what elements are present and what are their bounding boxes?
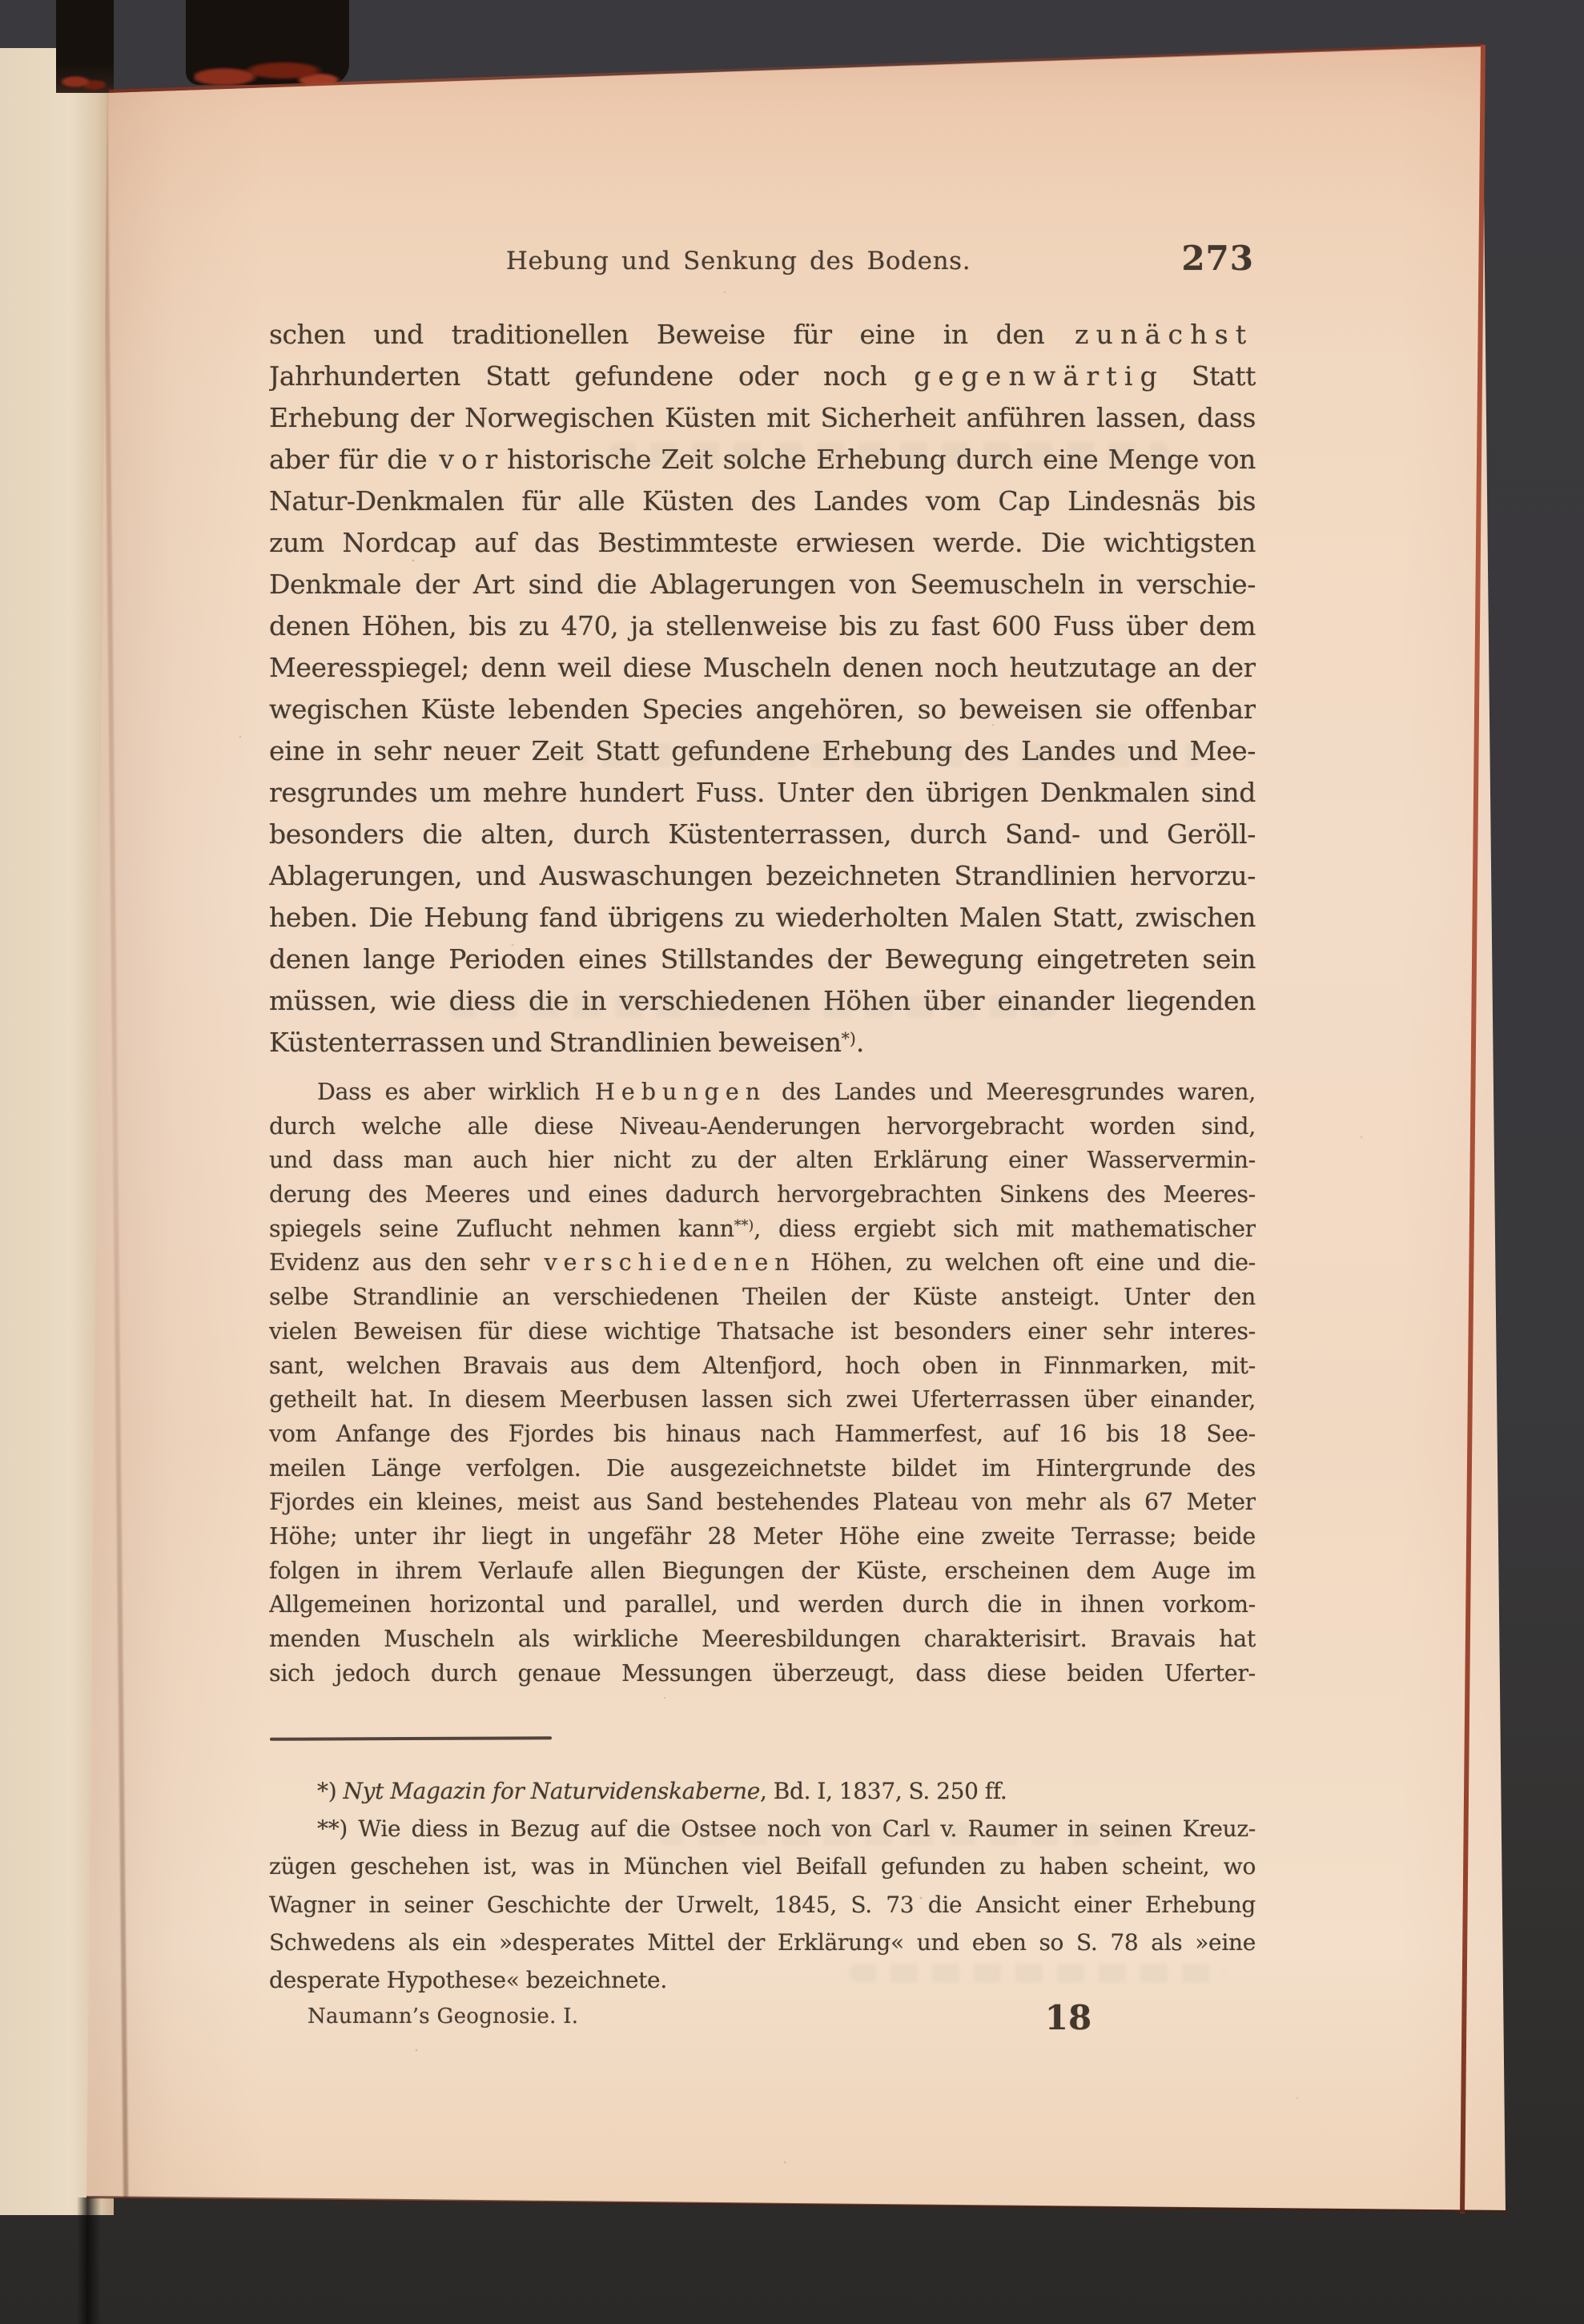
- text-segment: sich jedoch durch genaue Messungen überz…: [269, 1660, 1256, 1687]
- text-segment: Jahrhunderten Statt gefundene oder noch: [269, 360, 912, 392]
- paragraph-petit: Dass es aber wirklich Hebungen des Lande…: [269, 1076, 1256, 1691]
- printed-text-layer: Hebung und Senkung des Bodens. 273 schen…: [0, 0, 1584, 2324]
- footnote-rule: [270, 1736, 552, 1741]
- text-segment: Dass es aber wirklich: [317, 1079, 593, 1105]
- paragraph-main: schen und traditionellen Beweise für ein…: [269, 314, 1256, 1063]
- text-segment: Natur-Denkmalen für alle Küsten des Land…: [269, 485, 1256, 517]
- text-line: Erhebung der Norwegischen Küsten mit Sic…: [269, 397, 1256, 439]
- text-segment: vom Anfange des Fjordes bis hinaus nach …: [269, 1421, 1256, 1447]
- text-segment: historische Zeit solche Erhebung durch e…: [507, 444, 1256, 475]
- text-segment: verschiedenen: [542, 1249, 797, 1276]
- text-segment: Höhe; unter ihr liegt in ungefähr 28 Met…: [269, 1523, 1256, 1550]
- text-segment: Höhen, zu welchen oft eine und die-: [798, 1249, 1256, 1276]
- text-segment: *): [842, 1029, 856, 1048]
- text-segment: eine in sehr neuer Zeit Statt gefundene …: [269, 735, 1256, 766]
- text-segment: heben. Die Hebung fand übrigens zu wiede…: [269, 902, 1256, 933]
- text-segment: Meeresspiegel; denn weil diese Muscheln …: [269, 652, 1256, 689]
- footer-imprint: Naumann’s Geognosie. I.: [308, 2004, 578, 2028]
- text-segment: Schwedens als ein »desperates Mittel der…: [269, 1929, 1256, 1956]
- text-line: wegischen Küste lebenden Species angehör…: [269, 689, 1256, 730]
- text-segment: Denkmale der Art sind die Ablagerungen v…: [269, 569, 1256, 600]
- text-segment: denen lange Perioden eines Stillstandes …: [269, 943, 1256, 975]
- text-segment: und dass man auch hier nicht zu der alte…: [269, 1147, 1256, 1173]
- text-segment: zügen geschehen ist, was in München viel…: [269, 1853, 1256, 1880]
- text-segment: selbe Strandlinie an verschiedenen Theil…: [269, 1284, 1256, 1310]
- text-line: *) Nyt Magazin for Naturvidenskaberne, B…: [269, 1772, 1256, 1810]
- text-segment: folgen in ihrem Verlaufe allen Biegungen…: [269, 1558, 1256, 1584]
- text-line: Jahrhunderten Statt gefundene oder noch …: [269, 356, 1256, 397]
- text-segment: Küstenterrassen und Strandlinien beweise…: [269, 1027, 842, 1058]
- text-line: menden Muscheln als wirkliche Meeresbild…: [269, 1622, 1256, 1657]
- text-line: heben. Die Hebung fand übrigens zu wiede…: [269, 897, 1256, 939]
- text-line: Höhe; unter ihr liegt in ungefähr 28 Met…: [269, 1520, 1256, 1554]
- text-line: und dass man auch hier nicht zu der alte…: [269, 1144, 1256, 1178]
- text-line: Evidenz aus den sehr verschiedenen Höhen…: [269, 1246, 1256, 1281]
- text-line: Ablagerungen, und Auswaschungen bezeichn…: [269, 855, 1256, 897]
- text-line: durch welche alle diese Niveau-Aenderung…: [269, 1110, 1256, 1144]
- text-segment: denen Höhen, bis zu 470, ja stellenweise…: [269, 610, 1256, 641]
- text-segment: Fjordes ein kleines, meist aus Sand best…: [269, 1489, 1256, 1515]
- text-line: spiegels seine Zuflucht nehmen kann**), …: [269, 1212, 1256, 1247]
- text-line: Dass es aber wirklich Hebungen des Lande…: [269, 1076, 1256, 1110]
- text-segment: Allgemeinen horizontal und parallel, und…: [269, 1591, 1256, 1618]
- text-segment: resgrundes um mehre hundert Fuss. Unter …: [269, 777, 1256, 808]
- text-line: **) Wie diess in Bezug auf die Ostsee no…: [269, 1810, 1256, 1848]
- text-line: denen lange Perioden eines Stillstandes …: [269, 939, 1256, 980]
- text-segment: des Landes und Meeresgrundes waren,: [768, 1079, 1256, 1105]
- text-line: Fjordes ein kleines, meist aus Sand best…: [269, 1486, 1256, 1520]
- text-line: vom Anfange des Fjordes bis hinaus nach …: [269, 1417, 1256, 1452]
- scanned-book-photo: Hebung und Senkung des Bodens. 273 schen…: [0, 0, 1584, 2324]
- text-segment: Ablagerungen, und Auswaschungen bezeichn…: [269, 860, 1256, 891]
- text-line: Allgemeinen horizontal und parallel, und…: [269, 1588, 1256, 1622]
- text-segment: spiegels seine Zuflucht nehmen kann: [269, 1216, 734, 1242]
- text-line: sant, welchen Bravais aus dem Altenfjord…: [269, 1349, 1256, 1384]
- text-segment: menden Muscheln als wirkliche Meeresbild…: [269, 1626, 1256, 1652]
- text-segment: Nyt Magazin for Naturvidenskaberne: [343, 1778, 760, 1804]
- text-segment: meilen Länge verfolgen. Die ausgezeichne…: [269, 1455, 1256, 1482]
- text-segment: durch welche alle diese Niveau-Aenderung…: [269, 1113, 1256, 1140]
- text-segment: derung des Meeres und eines dadurch herv…: [269, 1181, 1256, 1208]
- sheet-signature: 18: [1036, 1998, 1100, 2037]
- text-segment: aber für die: [269, 444, 437, 475]
- text-line: Wagner in seiner Geschichte der Urwelt, …: [269, 1886, 1256, 1924]
- text-line: resgrundes um mehre hundert Fuss. Unter …: [269, 772, 1256, 814]
- text-segment: Wagner in seiner Geschichte der Urwelt, …: [269, 1892, 1256, 1918]
- text-segment: zunächst: [1072, 319, 1256, 350]
- text-segment: , diess ergiebt sich mit mathematischer: [754, 1216, 1256, 1242]
- text-line: meilen Länge verfolgen. Die ausgezeichne…: [269, 1452, 1256, 1486]
- text-line: Schwedens als ein »desperates Mittel der…: [269, 1924, 1256, 1961]
- text-segment: sant, welchen Bravais aus dem Altenfjord…: [269, 1353, 1256, 1379]
- text-line: aber für die vorhistorische Zeit solche …: [269, 439, 1256, 480]
- text-line: folgen in ihrem Verlaufe allen Biegungen…: [269, 1554, 1256, 1589]
- text-segment: gegenwärtig: [912, 360, 1167, 392]
- text-line: zum Nordcap auf das Bestimmteste erwiese…: [269, 522, 1256, 564]
- text-line: sich jedoch durch genaue Messungen überz…: [269, 1657, 1256, 1691]
- running-header: Hebung und Senkung des Bodens. 273: [269, 243, 1256, 288]
- text-line: schen und traditionellen Beweise für ein…: [269, 314, 1256, 356]
- text-line: denen Höhen, bis zu 470, ja stellenweise…: [269, 605, 1256, 647]
- text-segment: wegischen Küste lebenden Species angehör…: [269, 694, 1256, 725]
- page-number: 273: [1181, 239, 1254, 278]
- text-line: Denkmale der Art sind die Ablagerungen v…: [269, 564, 1256, 605]
- marbled-cover-fragment: [61, 72, 107, 93]
- text-segment: schen und traditionellen Beweise für ein…: [269, 319, 1072, 350]
- text-line: besonders die alten, durch Küstenterrass…: [269, 814, 1256, 855]
- below-gutter-shadow: [77, 2197, 101, 2324]
- text-line: vielen Beweisen für diese wichtige Thats…: [269, 1315, 1256, 1349]
- text-segment: **): [734, 1218, 754, 1234]
- text-line: desperate Hypothese« bezeichnete.: [269, 1961, 1256, 1999]
- text-line: getheilt hat. In diesem Meerbusen lassen…: [269, 1383, 1256, 1417]
- page-footer: Naumann’s Geognosie. I. 18: [269, 1998, 1256, 2054]
- running-title: Hebung und Senkung des Bodens.: [269, 243, 1256, 279]
- text-segment: Hebungen: [593, 1079, 769, 1105]
- text-line: Natur-Denkmalen für alle Küsten des Land…: [269, 480, 1256, 522]
- text-segment: *): [317, 1778, 343, 1804]
- text-line: zügen geschehen ist, was in München viel…: [269, 1848, 1256, 1885]
- text-line: Meeresspiegel; denn weil diese Muscheln …: [269, 647, 1256, 689]
- text-segment: zum Nordcap auf das Bestimmteste erwiese…: [269, 527, 1256, 558]
- text-line: derung des Meeres und eines dadurch herv…: [269, 1178, 1256, 1212]
- text-segment: Evidenz aus den sehr: [269, 1249, 542, 1276]
- text-segment: , Bd. I, 1837, S. 250 ff.: [760, 1778, 1007, 1804]
- text-segment: .: [856, 1027, 864, 1058]
- text-segment: Erhebung der Norwegischen Küsten mit Sic…: [269, 402, 1256, 433]
- text-line: selbe Strandlinie an verschiedenen Theil…: [269, 1281, 1256, 1315]
- text-segment: desperate Hypothese« bezeichnete.: [269, 1967, 667, 1993]
- text-segment: getheilt hat. In diesem Meerbusen lassen…: [269, 1386, 1256, 1413]
- text-line: eine in sehr neuer Zeit Statt gefundene …: [269, 730, 1256, 772]
- text-segment: besonders die alten, durch Küstenterrass…: [269, 818, 1256, 850]
- text-segment: müssen, wie diess die in verschiedenen H…: [269, 985, 1256, 1016]
- text-segment: vor: [437, 444, 507, 475]
- text-segment: **) Wie diess in Bezug auf die Ostsee no…: [317, 1815, 1256, 1842]
- text-line: müssen, wie diess die in verschiedenen H…: [269, 980, 1256, 1022]
- text-segment: vielen Beweisen für diese wichtige Thats…: [269, 1318, 1256, 1345]
- book-page: Hebung und Senkung des Bodens. 273 schen…: [0, 0, 1584, 2324]
- footnotes-block: *) Nyt Magazin for Naturvidenskaberne, B…: [269, 1772, 1256, 1999]
- text-line: Küstenterrassen und Strandlinien beweise…: [269, 1022, 1256, 1063]
